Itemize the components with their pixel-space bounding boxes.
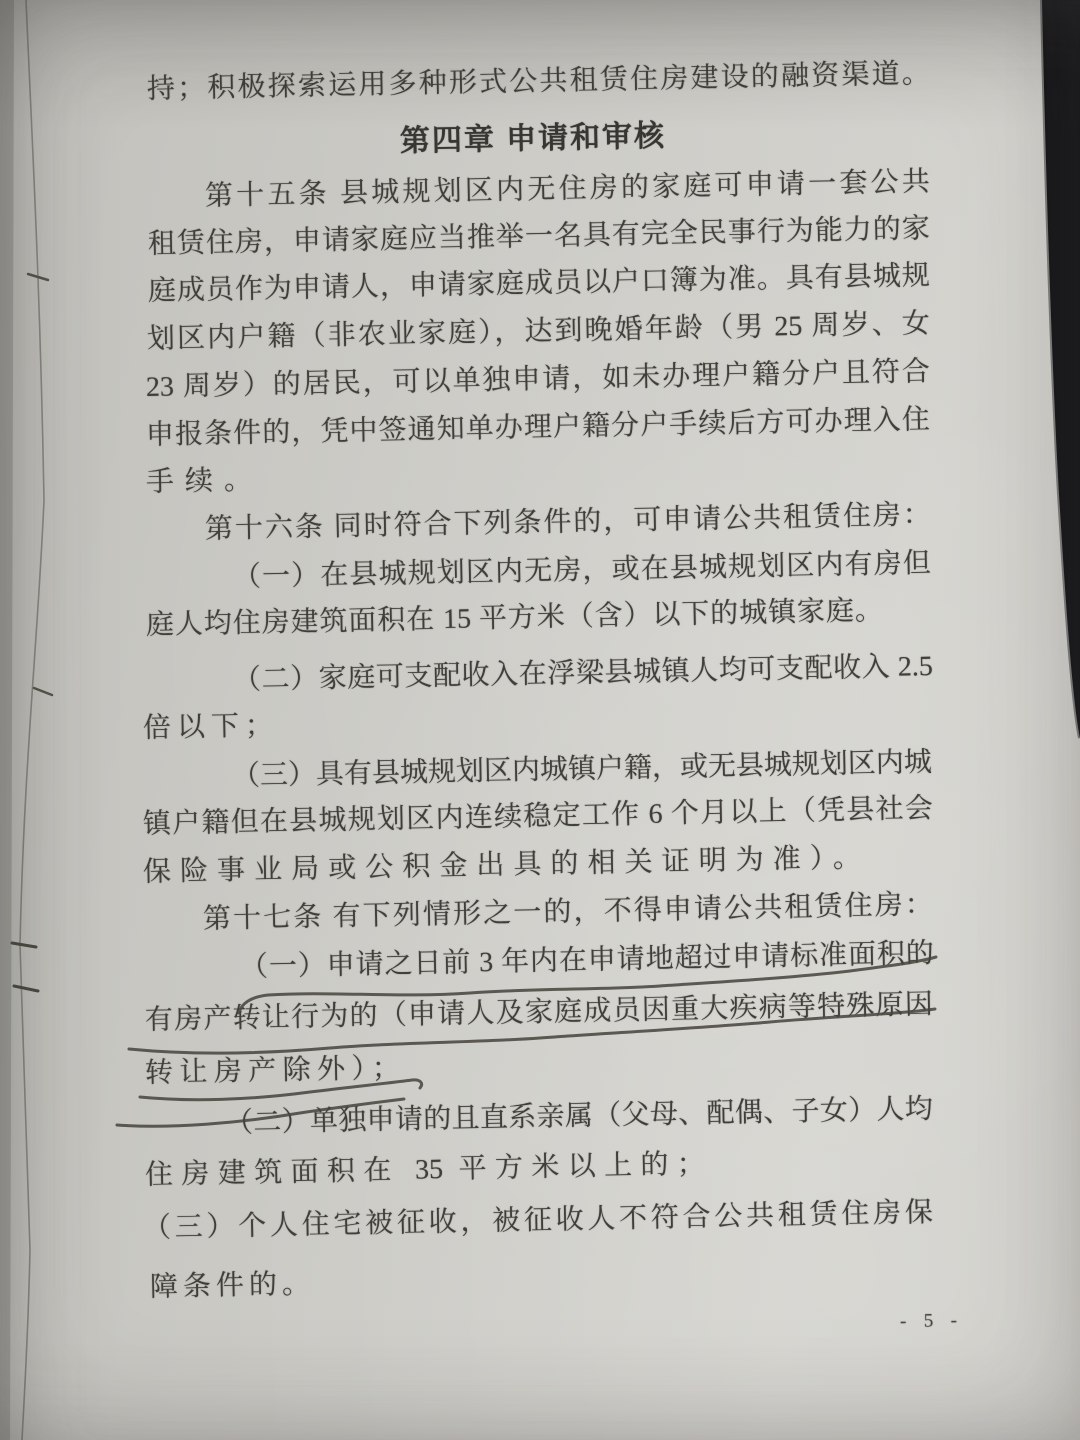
- pen-underline-1: [239, 957, 936, 1013]
- pen-underline-3: [140, 1080, 422, 1100]
- photo-of-document-page: 持；积极探索运用多种形式公共租赁住房建设的融资渠道。 第四章 申请和审核 第十五…: [0, 0, 1080, 1440]
- pen-underline-2: [129, 1009, 935, 1053]
- pen-underline-4: [117, 1099, 404, 1126]
- pen-annotations-layer: [0, 0, 1080, 1440]
